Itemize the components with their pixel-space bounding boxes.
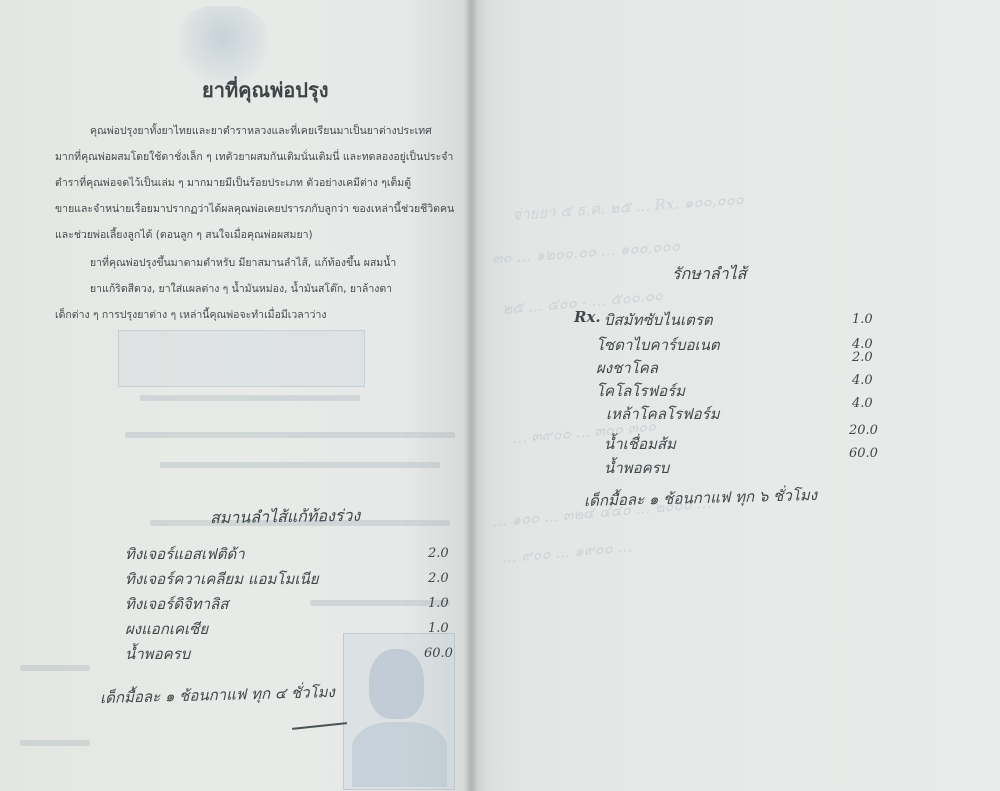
handwritten-heading: สมานลำไส้แก้ท้องร่วง [210, 504, 361, 532]
show-through-text [125, 432, 455, 438]
ingredient-name: ผงแอกเคเซีย [125, 617, 208, 641]
show-through-text [20, 665, 90, 671]
paragraph-line: เด็กต่าง ๆ การปรุงยาต่าง ๆ เหล่านี้คุณพ่… [55, 302, 327, 328]
paragraph-line: และช่วยพ่อเลี้ยงลูกได้ (ตอนลูก ๆ สนใจเมื… [55, 222, 313, 248]
dosage-instruction: เด็กมื้อละ ๑ ช้อนกาแฟ ทุก ๔ ชั่วโมง [100, 680, 335, 710]
ingredient-qty: 4.0 [852, 373, 873, 388]
ingredient-qty: 60.0 [424, 646, 453, 661]
paragraph-line: ยาที่คุณพ่อปรุงขึ้นมาตามตำหรับ มียาสมานล… [90, 250, 396, 276]
paragraph-line: มากที่คุณพ่อผสมโดยใช้ตาชั่งเล็ก ๆ เทตัวย… [55, 144, 453, 170]
handwritten-underline [292, 722, 347, 729]
ingredient-name: ทิงเจอร์แอสเฟติด้า [125, 542, 245, 566]
ingredient-name: ผงชาโคล [596, 356, 658, 380]
show-through-text [160, 462, 440, 468]
book-spine-gutter [464, 0, 478, 791]
ingredient-name: ทิงเจอร์ดิจิทาลิส [125, 592, 228, 616]
dosage-instruction: เด็กมื้อละ ๑ ช้อนกาแฟ ทุก ๖ ชั่วโมง [584, 483, 818, 513]
ingredient-name: น้ำพอครบ [604, 456, 669, 480]
paragraph-line: คุณพ่อปรุงยาทั้งยาไทยและยาตำราหลวงและที่… [90, 118, 432, 144]
show-through-handwriting: ... ๙๐๐ ... ๑๙๐๐ ... [501, 534, 633, 569]
ingredient-qty: 2.0 [428, 546, 449, 561]
ingredient-qty: 1.0 [852, 312, 873, 327]
ingredient-name: โซดาไบคาร์บอเนต [596, 333, 720, 357]
right-page: จ่ายยา ๕ ธ.ค. ๒๕ ... Rx. ๑๐๐,๐๐๐ ๓๐ ... … [472, 0, 1000, 791]
ingredient-name: น้ำเชื่อมส้ม [604, 432, 676, 456]
show-through-handwriting: จ่ายยา ๕ ธ.ค. ๒๕ ... Rx. ๑๐๐,๐๐๐ [511, 187, 744, 227]
show-through-handwriting: ๓๐ ... ๑๒๐๐.๐๐ ... ๑๐๐,๐๐๐ [491, 233, 680, 270]
ingredient-name: เหล้าโคลโรฟอร์ม [606, 402, 720, 426]
page-title: ยาที่คุณพ่อปรุง [202, 74, 328, 106]
ingredient-qty: 2.0 [428, 571, 449, 586]
show-through-image [118, 330, 365, 387]
show-through-text [140, 395, 360, 401]
ingredient-qty: 4.0 [852, 396, 873, 411]
ingredient-qty: 20.0 [849, 423, 878, 438]
ingredient-qty: 1.0 [428, 596, 449, 611]
open-book: ยาที่คุณพ่อปรุง คุณพ่อปรุงยาทั้งยาไทยและ… [0, 0, 1000, 791]
left-page: ยาที่คุณพ่อปรุง คุณพ่อปรุงยาทั้งยาไทยและ… [0, 0, 472, 791]
rx-prefix: Rx. [574, 308, 601, 326]
ingredient-qty: 2.0 [852, 350, 873, 365]
ingredient-name: ทิงเจอร์ควาเคลียม แอมโมเนีย [125, 567, 319, 591]
paragraph-line: ขายและจำหน่ายเรื่อยมาปรากฏว่าได้ผลคุณพ่อ… [55, 196, 454, 222]
ingredient-qty: 60.0 [849, 446, 878, 461]
handwritten-heading: รักษาลำไส้ [672, 262, 746, 287]
show-through-text [20, 740, 90, 746]
ingredient-name: โคโลโรฟอร์ม [596, 379, 685, 403]
paragraph-line: ยาแก้ริดสีดวง, ยาใส่แผลต่าง ๆ น้ำมันหม่อ… [90, 276, 392, 302]
garuda-emblem-show-through [178, 6, 268, 84]
ingredient-name: บิสมัทซับไนเตรต [604, 308, 713, 332]
ingredient-name: น้ำพอครบ [125, 642, 190, 666]
paragraph-line: ตำราที่คุณพ่อจดไว้เป็นเล่ม ๆ มากมายมีเป็… [55, 170, 411, 196]
ingredient-qty: 1.0 [428, 621, 449, 636]
